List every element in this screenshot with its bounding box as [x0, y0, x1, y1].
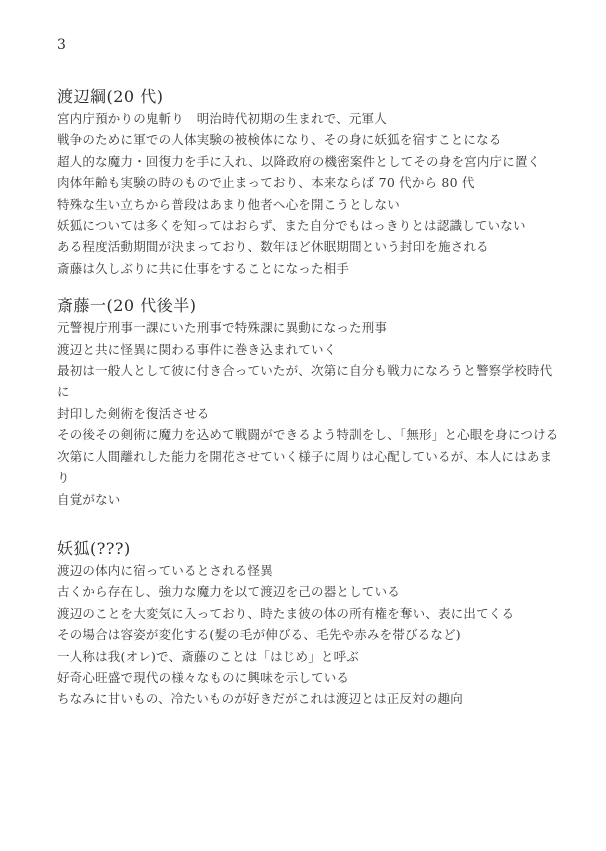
body-line: 封印した剣術を復活させる [57, 403, 564, 424]
body-line: 渡辺のことを大変気に入っており、時たま彼の体の所有権を奪い、表に出てくる [57, 603, 564, 624]
body-line: 特殊な生い立ちから普段はあまり他者へ心を開こうとしない [57, 194, 564, 215]
section-heading: 渡辺綱(20 代) [57, 86, 564, 108]
character-section: 斎藤一(20 代後半) 元警視庁刑事一課にいた刑事で特殊課に異動になった刑事渡辺… [57, 295, 564, 510]
section-body: 元警視庁刑事一課にいた刑事で特殊課に異動になった刑事渡辺と共に怪異に関わる事件に… [57, 317, 564, 510]
body-line: 妖狐については多くを知ってはおらず、また自分でもはっきりとは認識していない [57, 215, 564, 236]
body-line: 肉体年齢も実験の時のもので止まっており、本来ならば 70 代から 80 代 [57, 172, 564, 193]
body-line: 次第に人間離れした能力を開花させていく様子に周りは心配しているが、本人にはあまり [57, 446, 564, 489]
sections-container: 渡辺綱(20 代) 宮内庁預かりの鬼斬り 明治時代初期の生まれで、元軍人戦争のた… [57, 86, 564, 710]
section-body: 宮内庁預かりの鬼斬り 明治時代初期の生まれで、元軍人戦争のために軍での人体実験の… [57, 108, 564, 279]
body-line: 古くから存在し、強力な魔力を以て渡辺を己の器としている [57, 581, 564, 602]
body-line: 超人的な魔力・回復力を手に入れ、以降政府の機密案件としてその身を宮内庁に置く [57, 151, 564, 172]
body-line: 一人称は我(オレ)で、斎藤のことは「はじめ」と呼ぶ [57, 646, 564, 667]
body-line: 最初は一般人として彼に付き合っていたが、次第に自分も戦力になろうと警察学校時代に [57, 360, 564, 403]
body-line: 宮内庁預かりの鬼斬り 明治時代初期の生まれで、元軍人 [57, 108, 564, 129]
page-number: 3 [57, 38, 564, 53]
section-heading: 妖狐(???) [57, 538, 564, 560]
section-body: 渡辺の体内に宿っているとされる怪異古くから存在し、強力な魔力を以て渡辺を己の器と… [57, 560, 564, 710]
section-heading: 斎藤一(20 代後半) [57, 295, 564, 317]
body-line: その後その剣術に魔力を込めて戦闘ができるよう特訓をし、「無形」と心眼を身につける [57, 424, 564, 445]
body-line: 元警視庁刑事一課にいた刑事で特殊課に異動になった刑事 [57, 317, 564, 338]
body-line: 斎藤は久しぶりに共に仕事をすることになった相手 [57, 258, 564, 279]
body-line: その場合は容姿が変化する(髪の毛が伸びる、毛先や赤みを帯びるなど) [57, 624, 564, 645]
document-page: 3 渡辺綱(20 代) 宮内庁預かりの鬼斬り 明治時代初期の生まれで、元軍人戦争… [0, 0, 606, 851]
body-line: ちなみに甘いもの、冷たいものが好きだがこれは渡辺とは正反対の趣向 [57, 688, 564, 709]
character-section: 渡辺綱(20 代) 宮内庁預かりの鬼斬り 明治時代初期の生まれで、元軍人戦争のた… [57, 86, 564, 279]
body-line: 好奇心旺盛で現代の様々なものに興味を示している [57, 667, 564, 688]
character-section: 妖狐(???) 渡辺の体内に宿っているとされる怪異古くから存在し、強力な魔力を以… [57, 538, 564, 710]
body-line: 自覚がない [57, 489, 564, 510]
body-line: ある程度活動期間が決まっており、数年ほど休眠期間という封印を施される [57, 236, 564, 257]
body-line: 戦争のために軍での人体実験の被検体になり、その身に妖狐を宿すことになる [57, 129, 564, 150]
body-line: 渡辺と共に怪異に関わる事件に巻き込まれていく [57, 339, 564, 360]
body-line: 渡辺の体内に宿っているとされる怪異 [57, 560, 564, 581]
